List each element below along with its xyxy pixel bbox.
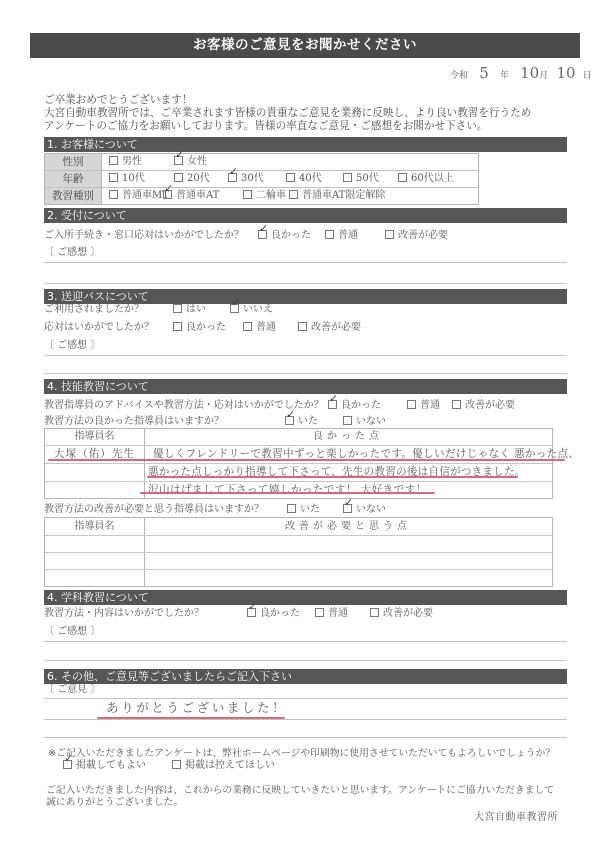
column-header-good-points: 良かった点 — [144, 429, 552, 445]
table-row — [45, 535, 552, 552]
date-month-unit: 月 — [539, 71, 548, 81]
checkbox[interactable] — [328, 400, 337, 409]
classroom-option-average[interactable]: 普通 — [315, 608, 348, 620]
option-label: 50代 — [356, 173, 379, 184]
option-label: いた — [300, 504, 320, 515]
checkbox[interactable] — [385, 230, 394, 239]
checkbox[interactable] — [287, 504, 296, 513]
option-female[interactable]: 女性 — [174, 156, 207, 168]
option-label: 60代以上 — [411, 173, 454, 184]
table-row: 沢山はげまして下さって嬉しかったです！ 大好きです！ — [45, 481, 552, 498]
intro-line-1: ご卒業おめでとうございます！ — [44, 94, 192, 107]
reception-comment-label: 〔 ご感想 〕 — [44, 247, 100, 259]
checkbox[interactable] — [109, 173, 118, 182]
intro-line-3: アンケートのご協力をお願いしております。皆様の率直なご意見・ご感想をお聞かせ下さ… — [44, 120, 487, 133]
checkbox[interactable] — [63, 760, 72, 769]
checkbox[interactable] — [109, 190, 118, 199]
option-label: 普通車MT — [122, 190, 169, 201]
classroom-comment-line-2[interactable] — [44, 660, 567, 661]
school-signature: 大宮自動車教習所 — [474, 812, 558, 824]
checkbox[interactable] — [286, 173, 295, 182]
shuttle-service-option-good[interactable]: 良かった — [173, 322, 226, 334]
section-driving-lessons-header: 4. 技能教習について — [44, 379, 567, 394]
highlight-underline — [140, 492, 435, 494]
age-options: 10代 20代 30代 40代 50代 60代以上 — [101, 171, 478, 187]
option-label: いた — [298, 416, 318, 427]
option-label: 改善が必要 — [398, 230, 448, 241]
instructor-name-cell[interactable] — [45, 536, 145, 552]
table-row — [45, 569, 552, 586]
option-standard-mt[interactable]: 普通車MT — [109, 190, 169, 202]
shuttle-usage-option-no[interactable]: いいえ — [230, 304, 273, 316]
option-label: 普通 — [420, 400, 440, 411]
checkbox[interactable] — [109, 156, 118, 165]
option-motorcycle[interactable]: 二輪車 — [243, 190, 286, 202]
other-comment-label: 〔 ご意見 〕 — [44, 684, 100, 696]
shuttle-comment-line-2[interactable] — [44, 373, 567, 374]
highlight-underline — [48, 459, 565, 461]
option-age-60s-plus[interactable]: 60代以上 — [398, 173, 454, 185]
shuttle-service-option-average[interactable]: 普通 — [243, 322, 276, 334]
checkbox[interactable] — [289, 190, 298, 199]
good-instructor-question: 教習方法の良かった指導員はいますか？ — [44, 416, 224, 428]
option-age-50s[interactable]: 50代 — [343, 173, 379, 185]
instructor-rating-question: 教習指導員のアドバイスや教習方法・応対はいかがでしたか？ — [44, 400, 324, 412]
course-type-options: 普通車MT 普通車AT 二輪車 普通車AT限定解除 — [101, 188, 478, 204]
checkbox[interactable] — [343, 173, 352, 182]
checkbox[interactable] — [343, 504, 352, 513]
good-instructor-table: 指導員名 良かった点 大塚（佑）先生 優しくフレンドリーで教習中ずっと楽しかった… — [44, 428, 553, 499]
option-label: 良かった — [260, 608, 300, 619]
publication-consent-question: ※ご記入いただきましたアンケートは、弊社ホームページや印刷物に使用させていただい… — [48, 748, 555, 760]
label-age: 年齢 — [45, 171, 102, 187]
checkbox[interactable] — [285, 416, 294, 425]
shuttle-comment-line-1[interactable] — [44, 355, 567, 356]
instructor-rating-option-good[interactable]: 良かった — [328, 400, 381, 412]
option-label: 二輪車 — [256, 190, 286, 201]
page-title: お客様のご意見をお聞かせください — [30, 33, 580, 58]
checkbox[interactable] — [258, 230, 267, 239]
label-course-type: 教習種別 — [45, 188, 102, 204]
checkbox[interactable] — [325, 230, 334, 239]
section-shuttle-bus-header: 3. 送迎バスについて — [44, 289, 567, 304]
shuttle-service-option-needs-improvement[interactable]: 改善が必要 — [298, 322, 361, 334]
shuttle-usage-option-yes[interactable]: はい — [173, 304, 206, 316]
checkbox[interactable] — [163, 190, 172, 199]
checkbox[interactable] — [398, 173, 407, 182]
option-standard-at[interactable]: 普通車AT — [163, 190, 219, 202]
reception-comment-line-1[interactable] — [44, 262, 567, 263]
table-row: 悪かった点しっかり指導して下さって、先生の教習の後は自信がつきました。 — [45, 463, 552, 481]
other-comment-line-2[interactable] — [44, 719, 567, 720]
reception-option-good[interactable]: 良かった — [258, 230, 311, 242]
consent-option-allow[interactable]: 掲載してもよい — [63, 760, 146, 772]
footer-message-line-2: 誠にありがとうございました。 — [46, 797, 183, 809]
row-gender: 性別 男性 女性 — [45, 154, 478, 170]
instructor-rating-option-needs-improvement[interactable]: 改善が必要 — [452, 400, 515, 412]
column-header-instructor-name: 指導員名 — [45, 518, 145, 535]
option-age-40s[interactable]: 40代 — [286, 173, 322, 185]
improvement-points-cell[interactable] — [144, 536, 552, 552]
section-customer-header: 1. お客様について — [44, 137, 567, 152]
classroom-question: 教習方法・内容はいかがでしたか？ — [44, 608, 204, 620]
section-reception-header: 2. 受付について — [44, 208, 567, 223]
option-age-30s[interactable]: 30代 — [228, 173, 264, 185]
option-label: 普通車AT — [176, 190, 219, 201]
row-course-type: 教習種別 普通車MT 普通車AT 二輪車 普通車AT限定解除 — [45, 187, 478, 204]
option-label: 良かった — [271, 230, 311, 241]
table-header-row: 指導員名 良かった点 — [45, 429, 552, 445]
checkbox[interactable] — [174, 156, 183, 165]
option-label: 男性 — [122, 156, 142, 167]
reception-comment-line-2[interactable] — [44, 283, 567, 284]
good-points-cell[interactable]: 悪かった点しっかり指導して下さって、先生の教習の後は自信がつきました。 — [144, 464, 552, 481]
option-label: いない — [356, 416, 386, 427]
option-label: 普通車AT限定解除 — [302, 190, 385, 201]
label-gender: 性別 — [45, 154, 102, 170]
option-label: 掲載は控えてほしい — [185, 760, 275, 771]
column-header-improvement-points: 改善が必要と思う点 — [144, 518, 552, 535]
table-row — [45, 552, 552, 569]
improvement-points-cell[interactable] — [144, 553, 552, 569]
other-comment-line-1[interactable] — [44, 698, 567, 699]
option-label: 良かった — [341, 400, 381, 411]
classroom-comment-label: 〔 ご感想 〕 — [44, 626, 100, 638]
instructor-name-cell[interactable] — [45, 553, 145, 569]
shuttle-service-question: 応対はいかがでしたか？ — [44, 322, 154, 334]
option-label: 女性 — [187, 156, 207, 167]
checkbox[interactable] — [315, 608, 324, 617]
checkbox[interactable] — [230, 304, 239, 313]
checkbox[interactable] — [343, 416, 352, 425]
option-label: はい — [186, 304, 206, 315]
option-label: 普通 — [256, 322, 276, 333]
reception-option-needs-improvement[interactable]: 改善が必要 — [385, 230, 448, 242]
option-age-20s[interactable]: 20代 — [174, 173, 210, 185]
improvement-points-cell[interactable] — [144, 570, 552, 586]
instructor-name-cell[interactable] — [45, 482, 145, 498]
checkbox[interactable] — [174, 173, 183, 182]
checkbox[interactable] — [228, 173, 237, 182]
option-age-10s[interactable]: 10代 — [109, 173, 145, 185]
instructor-rating-option-average[interactable]: 普通 — [407, 400, 440, 412]
checkbox[interactable] — [243, 190, 252, 199]
shuttle-usage-question: ご利用されましたか？ — [44, 304, 144, 316]
date-day[interactable]: 10 — [556, 64, 575, 82]
option-label: 良かった — [186, 322, 226, 333]
date-era: 令和 — [450, 71, 468, 81]
date-field: 令和 5 年 10月 10 日 — [450, 66, 592, 83]
option-label: 掲載してもよい — [76, 760, 146, 771]
option-label: 10代 — [122, 173, 145, 184]
table-header-row: 指導員名 改善が必要と思う点 — [45, 518, 552, 535]
footer-message-line-1: ご記入いただきました内容は、これからの業務に反映していきたいと思います。アンケー… — [46, 785, 554, 797]
highlight-underline — [97, 717, 285, 719]
section-classroom-lessons-header: 4. 学科教習について — [44, 590, 567, 605]
improve-instructor-option-no[interactable]: いない — [343, 504, 386, 516]
other-comment-line-3[interactable] — [44, 737, 567, 738]
checkbox[interactable] — [173, 304, 182, 313]
checkbox[interactable] — [243, 322, 252, 331]
classroom-option-good[interactable]: 良かった — [247, 608, 300, 620]
option-at-limit-removal[interactable]: 普通車AT限定解除 — [289, 190, 385, 202]
checkbox[interactable] — [247, 608, 256, 617]
option-label: いない — [356, 504, 386, 515]
checkbox[interactable] — [173, 322, 182, 331]
date-year[interactable]: 5 — [479, 64, 489, 82]
gender-options: 男性 女性 — [101, 154, 478, 170]
checkbox[interactable] — [172, 760, 181, 769]
improve-instructor-table: 指導員名 改善が必要と思う点 — [44, 517, 553, 587]
classroom-comment-line-1[interactable] — [44, 641, 567, 642]
option-label: 普通 — [328, 608, 348, 619]
good-instructor-option-no[interactable]: いない — [343, 416, 386, 428]
shuttle-comment-label: 〔 ご感想 〕 — [44, 340, 100, 352]
consent-option-decline[interactable]: 掲載は控えてほしい — [172, 760, 275, 772]
checkbox[interactable] — [452, 400, 461, 409]
improve-instructor-option-yes[interactable]: いた — [287, 504, 320, 516]
option-label: 20代 — [187, 173, 210, 184]
checkbox[interactable] — [370, 608, 379, 617]
other-comment-text[interactable]: ありがとうございました！ — [106, 700, 287, 716]
instructor-name-cell[interactable] — [45, 570, 145, 586]
instructor-name-cell[interactable] — [45, 464, 145, 481]
classroom-option-needs-improvement[interactable]: 改善が必要 — [370, 608, 433, 620]
option-label: 改善が必要 — [383, 608, 433, 619]
customer-info-table: 性別 男性 女性 年齢 10代 20代 30代 40代 50代 60代以上 教習… — [44, 153, 479, 205]
highlight-underline — [147, 476, 518, 478]
intro-line-2: 大宮自動車教習所では、ご卒業されます皆様の貴重なご意見を業務に反映し、より良い教… — [44, 107, 531, 120]
option-label: 改善が必要 — [311, 322, 361, 333]
section-other-comments-header: 6. その他、ご意見等ございましたらご記入下さい — [44, 669, 567, 684]
option-male[interactable]: 男性 — [109, 156, 142, 168]
checkbox[interactable] — [407, 400, 416, 409]
reception-question: ご入所手続き・窓口応対はいかがでしたか？ — [44, 230, 244, 242]
option-label: 30代 — [241, 173, 264, 184]
option-label: いいえ — [243, 304, 273, 315]
reception-option-average[interactable]: 普通 — [325, 230, 358, 242]
good-instructor-option-yes[interactable]: いた — [285, 416, 318, 428]
option-label: 40代 — [299, 173, 322, 184]
improve-instructor-question: 教習方法の改善が必要と思う指導員はいますか？ — [44, 504, 264, 516]
row-age: 年齢 10代 20代 30代 40代 50代 60代以上 — [45, 170, 478, 187]
checkbox[interactable] — [298, 322, 307, 331]
date-day-unit: 日 — [583, 71, 592, 81]
date-year-unit: 年 — [500, 71, 509, 81]
option-label: 普通 — [338, 230, 358, 241]
column-header-instructor-name: 指導員名 — [45, 429, 145, 445]
date-month[interactable]: 10 — [520, 64, 539, 82]
option-label: 改善が必要 — [465, 400, 515, 411]
